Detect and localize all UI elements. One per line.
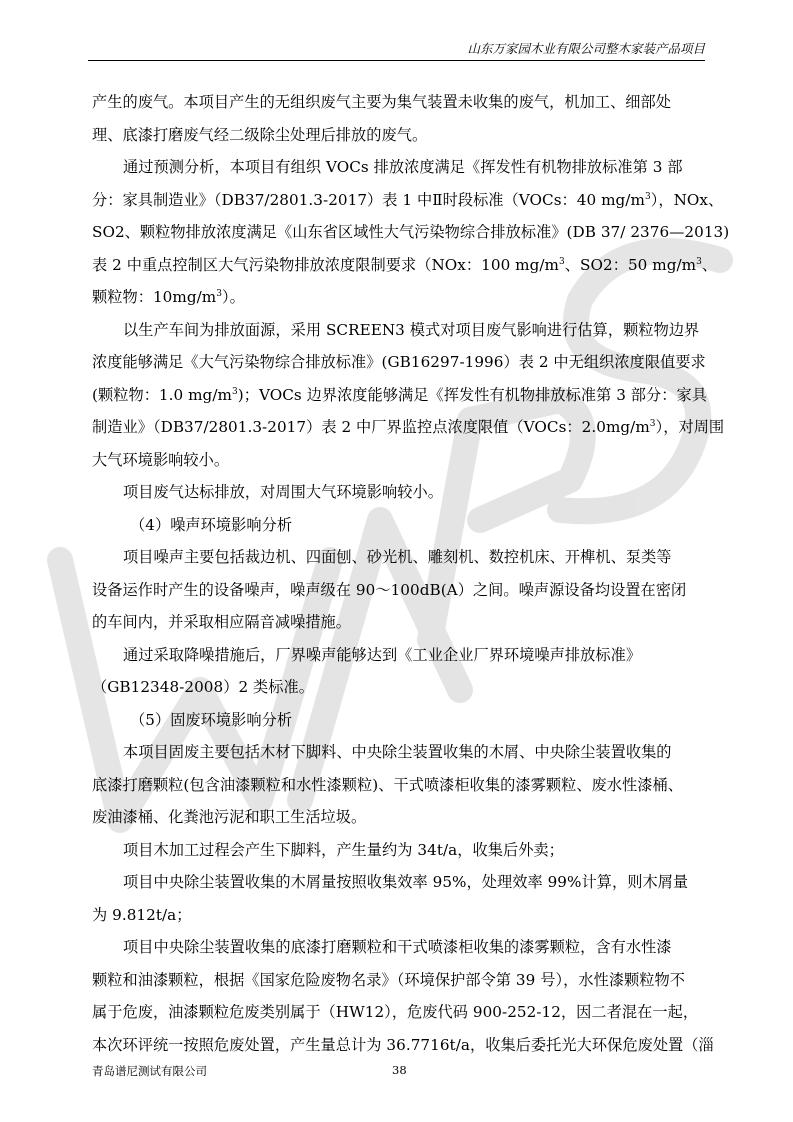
paragraph-line: 废油漆桶、化粪池污泥和职工生活垃圾。 [92,801,707,834]
page-number: 38 [392,1063,407,1077]
text-segment: ），NOx、 [651,191,724,209]
paragraph-line: 通过预测分析，本项目有组织 VOCs 排放浓度满足《挥发性有机物排放标准第 3 … [92,151,707,184]
paragraph-line: 项目中央除尘装置收集的底漆打磨颗粒和干式喷漆柜收集的漆雾颗粒，含有水性漆 [92,931,707,964]
page-header: 山东万家园木业有限公司整木家装产品项目 [88,38,705,61]
document-body: 产生的废气。本项目产生的无组织废气主要为集气装置未收集的废气，机加工、细部处理、… [92,86,707,1061]
text-segment: (颗粒物：1.0 mg/m [92,386,232,404]
paragraph-line: 项目噪声主要包括裁边机、四面刨、砂光机、雕刻机、数控机床、开榫机、泵类等 [92,541,707,574]
paragraph-line: 大气环境影响较小。 [92,444,707,477]
header-title: 山东万家园木业有限公司整木家装产品项目 [467,41,705,56]
paragraph-line: 项目中央除尘装置收集的木屑量按照收集效率 95%，处理效率 99%计算，则木屑量 [92,866,707,899]
paragraph-line: 的车间内，并采取相应隔音减噪措施。 [92,606,707,639]
paragraph-line: SO2、颗粒物排放浓度满足《山东省区域性大气污染物综合排放标准》(DB 37/ … [92,216,707,249]
text-segment: 、 [702,256,717,274]
paragraph-line: 理、底漆打磨废气经二级除尘处理后排放的废气。 [92,119,707,152]
section-heading: （5）固废环境影响分析 [92,704,707,737]
paragraph-line: 以生产车间为排放面源，采用 SCREEN3 模式对项目废气影响进行估算，颗粒物边… [92,314,707,347]
paragraph-line: 颗粒和油漆颗粒，根据《国家危险废物名录》（环境保护部令第 39 号），水性漆颗粒… [92,964,707,997]
text-segment: 表 2 中重点控制区大气污染物排放浓度限制要求（NOx：100 mg/m [92,256,559,274]
paragraph-line: 底漆打磨颗粒(包含油漆颗粒和水性漆颗粒)、干式喷漆柜收集的漆雾颗粒、废水性漆桶、 [92,769,707,802]
text-segment: 、SO2：50 mg/m [565,256,696,274]
paragraph-line: 设备运作时产生的设备噪声，噪声级在 90～100dB(A）之间。噪声源设备均设置… [92,574,707,607]
paragraph-line: 浓度能够满足《大气污染物综合排放标准》(GB16297-1996）表 2 中无组… [92,346,707,379]
footer-company: 青岛谱尼测试有限公司 [92,1063,207,1079]
text-segment: 分：家具制造业》（DB37/2801.3-2017）表 1 中Ⅱ时段标准（VOC… [92,191,645,209]
text-segment: ）。 [222,288,245,306]
paragraph-line: 产生的废气。本项目产生的无组织废气主要为集气装置未收集的废气，机加工、细部处 [92,86,707,119]
section-heading: （4）噪声环境影响分析 [92,509,707,542]
paragraph-line: 项目木加工过程会产生下脚料，产生量约为 34t/a，收集后外卖； [92,834,707,867]
paragraph-line: 本次环评统一按照危废处置，产生量总计为 36.7716t/a，收集后委托光大环保… [92,1029,707,1062]
text-segment: 制造业》（DB37/2801.3-2017）表 2 中厂界监控点浓度限值（VOC… [92,418,650,436]
text-segment: )；VOCs 边界浓度能够满足《挥发性有机物排放标准第 3 部分：家具 [238,386,707,404]
paragraph-line: 通过采取降噪措施后，厂界噪声能够达到《工业企业厂界环境噪声排放标准》 [92,639,707,672]
paragraph-line: （GB12348-2008）2 类标准。 [92,671,707,704]
paragraph-line: 制造业》（DB37/2801.3-2017）表 2 中厂界监控点浓度限值（VOC… [92,411,707,444]
paragraph-line: 表 2 中重点控制区大气污染物排放浓度限制要求（NOx：100 mg/m3、SO… [92,249,707,282]
paragraph-line: (颗粒物：1.0 mg/m3)；VOCs 边界浓度能够满足《挥发性有机物排放标准… [92,379,707,412]
paragraph-line: 分：家具制造业》（DB37/2801.3-2017）表 1 中Ⅱ时段标准（VOC… [92,184,707,217]
paragraph-line: 为 9.812t/a； [92,899,707,932]
paragraph-line: 属于危废，油漆颗粒危废类别属于（HW12），危废代码 900-252-12，因二… [92,996,707,1029]
paragraph-line: 本项目固废主要包括木材下脚料、中央除尘装置收集的木屑、中央除尘装置收集的 [92,736,707,769]
paragraph-line: 项目废气达标排放，对周围大气环境影响较小。 [92,476,707,509]
paragraph-line: 颗粒物：10mg/m3）。 [92,281,707,314]
text-segment: 颗粒物：10mg/m [92,288,216,306]
text-segment: ），对周围 [656,418,725,436]
page-footer: 青岛谱尼测试有限公司 38 [92,1063,705,1081]
